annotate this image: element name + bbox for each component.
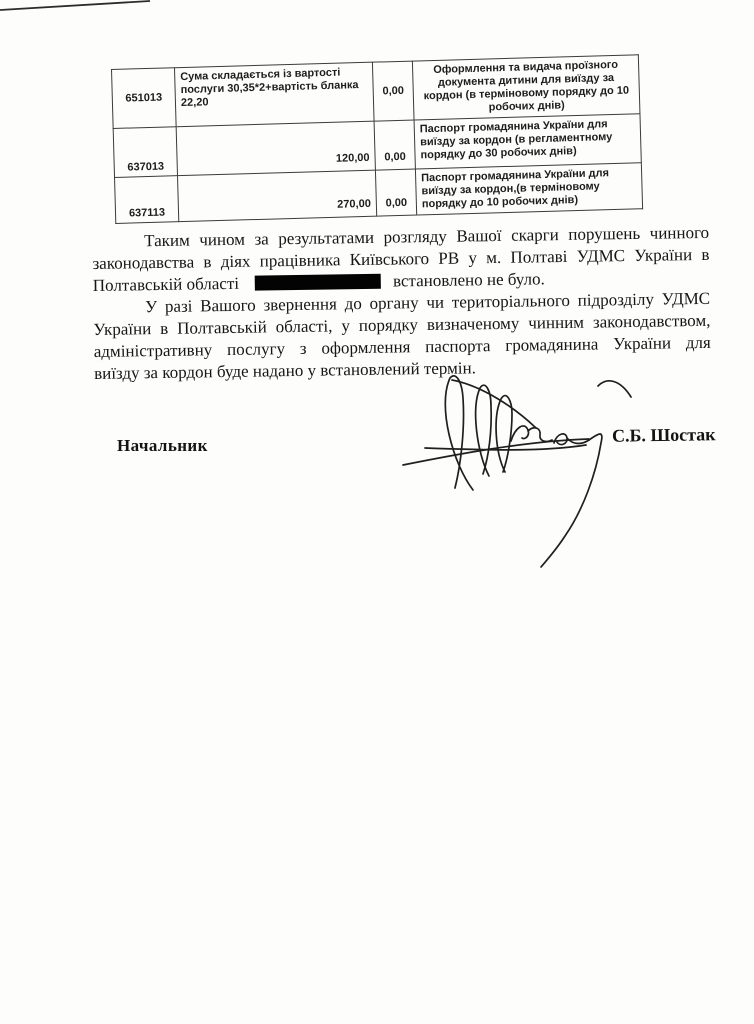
amount-cell: 120,00: [176, 121, 375, 176]
amount-note-cell: Сума складається із вартості послуги 30,…: [174, 62, 374, 127]
fee-value: 0,00: [372, 61, 414, 121]
handwritten-signature: [393, 368, 643, 578]
fee-value: 0,00: [375, 169, 416, 216]
signer-name: С.Б. Шостак: [612, 424, 716, 446]
service-code: 651013: [112, 68, 177, 129]
service-code: 637113: [115, 176, 179, 224]
fee-value: 0,00: [374, 120, 415, 170]
scanned-letter-page: 651013 Сума складається із вартості посл…: [0, 0, 754, 1024]
service-description: Паспорт громадянина України для виїзду з…: [415, 163, 642, 215]
service-description: Оформлення та видача проїзного документа…: [412, 55, 640, 120]
amount-cell: 270,00: [178, 170, 377, 222]
signer-title: Начальник: [117, 436, 208, 456]
fee-table: 651013 Сума складається із вартості посл…: [111, 54, 643, 224]
service-code: 637013: [113, 127, 177, 178]
text-segment: Полтавській області: [93, 274, 240, 295]
redaction-box: [255, 274, 381, 291]
scan-edge-line: [0, 0, 175, 16]
service-description: Паспорт громадянина України для виїзду з…: [414, 114, 641, 169]
letter-body: Таким чином за результатами розгляду Ваш…: [92, 222, 711, 385]
paragraph: Таким чином за результатами розгляду Ваш…: [92, 222, 710, 297]
text-segment: встановлено не було.: [393, 269, 545, 290]
